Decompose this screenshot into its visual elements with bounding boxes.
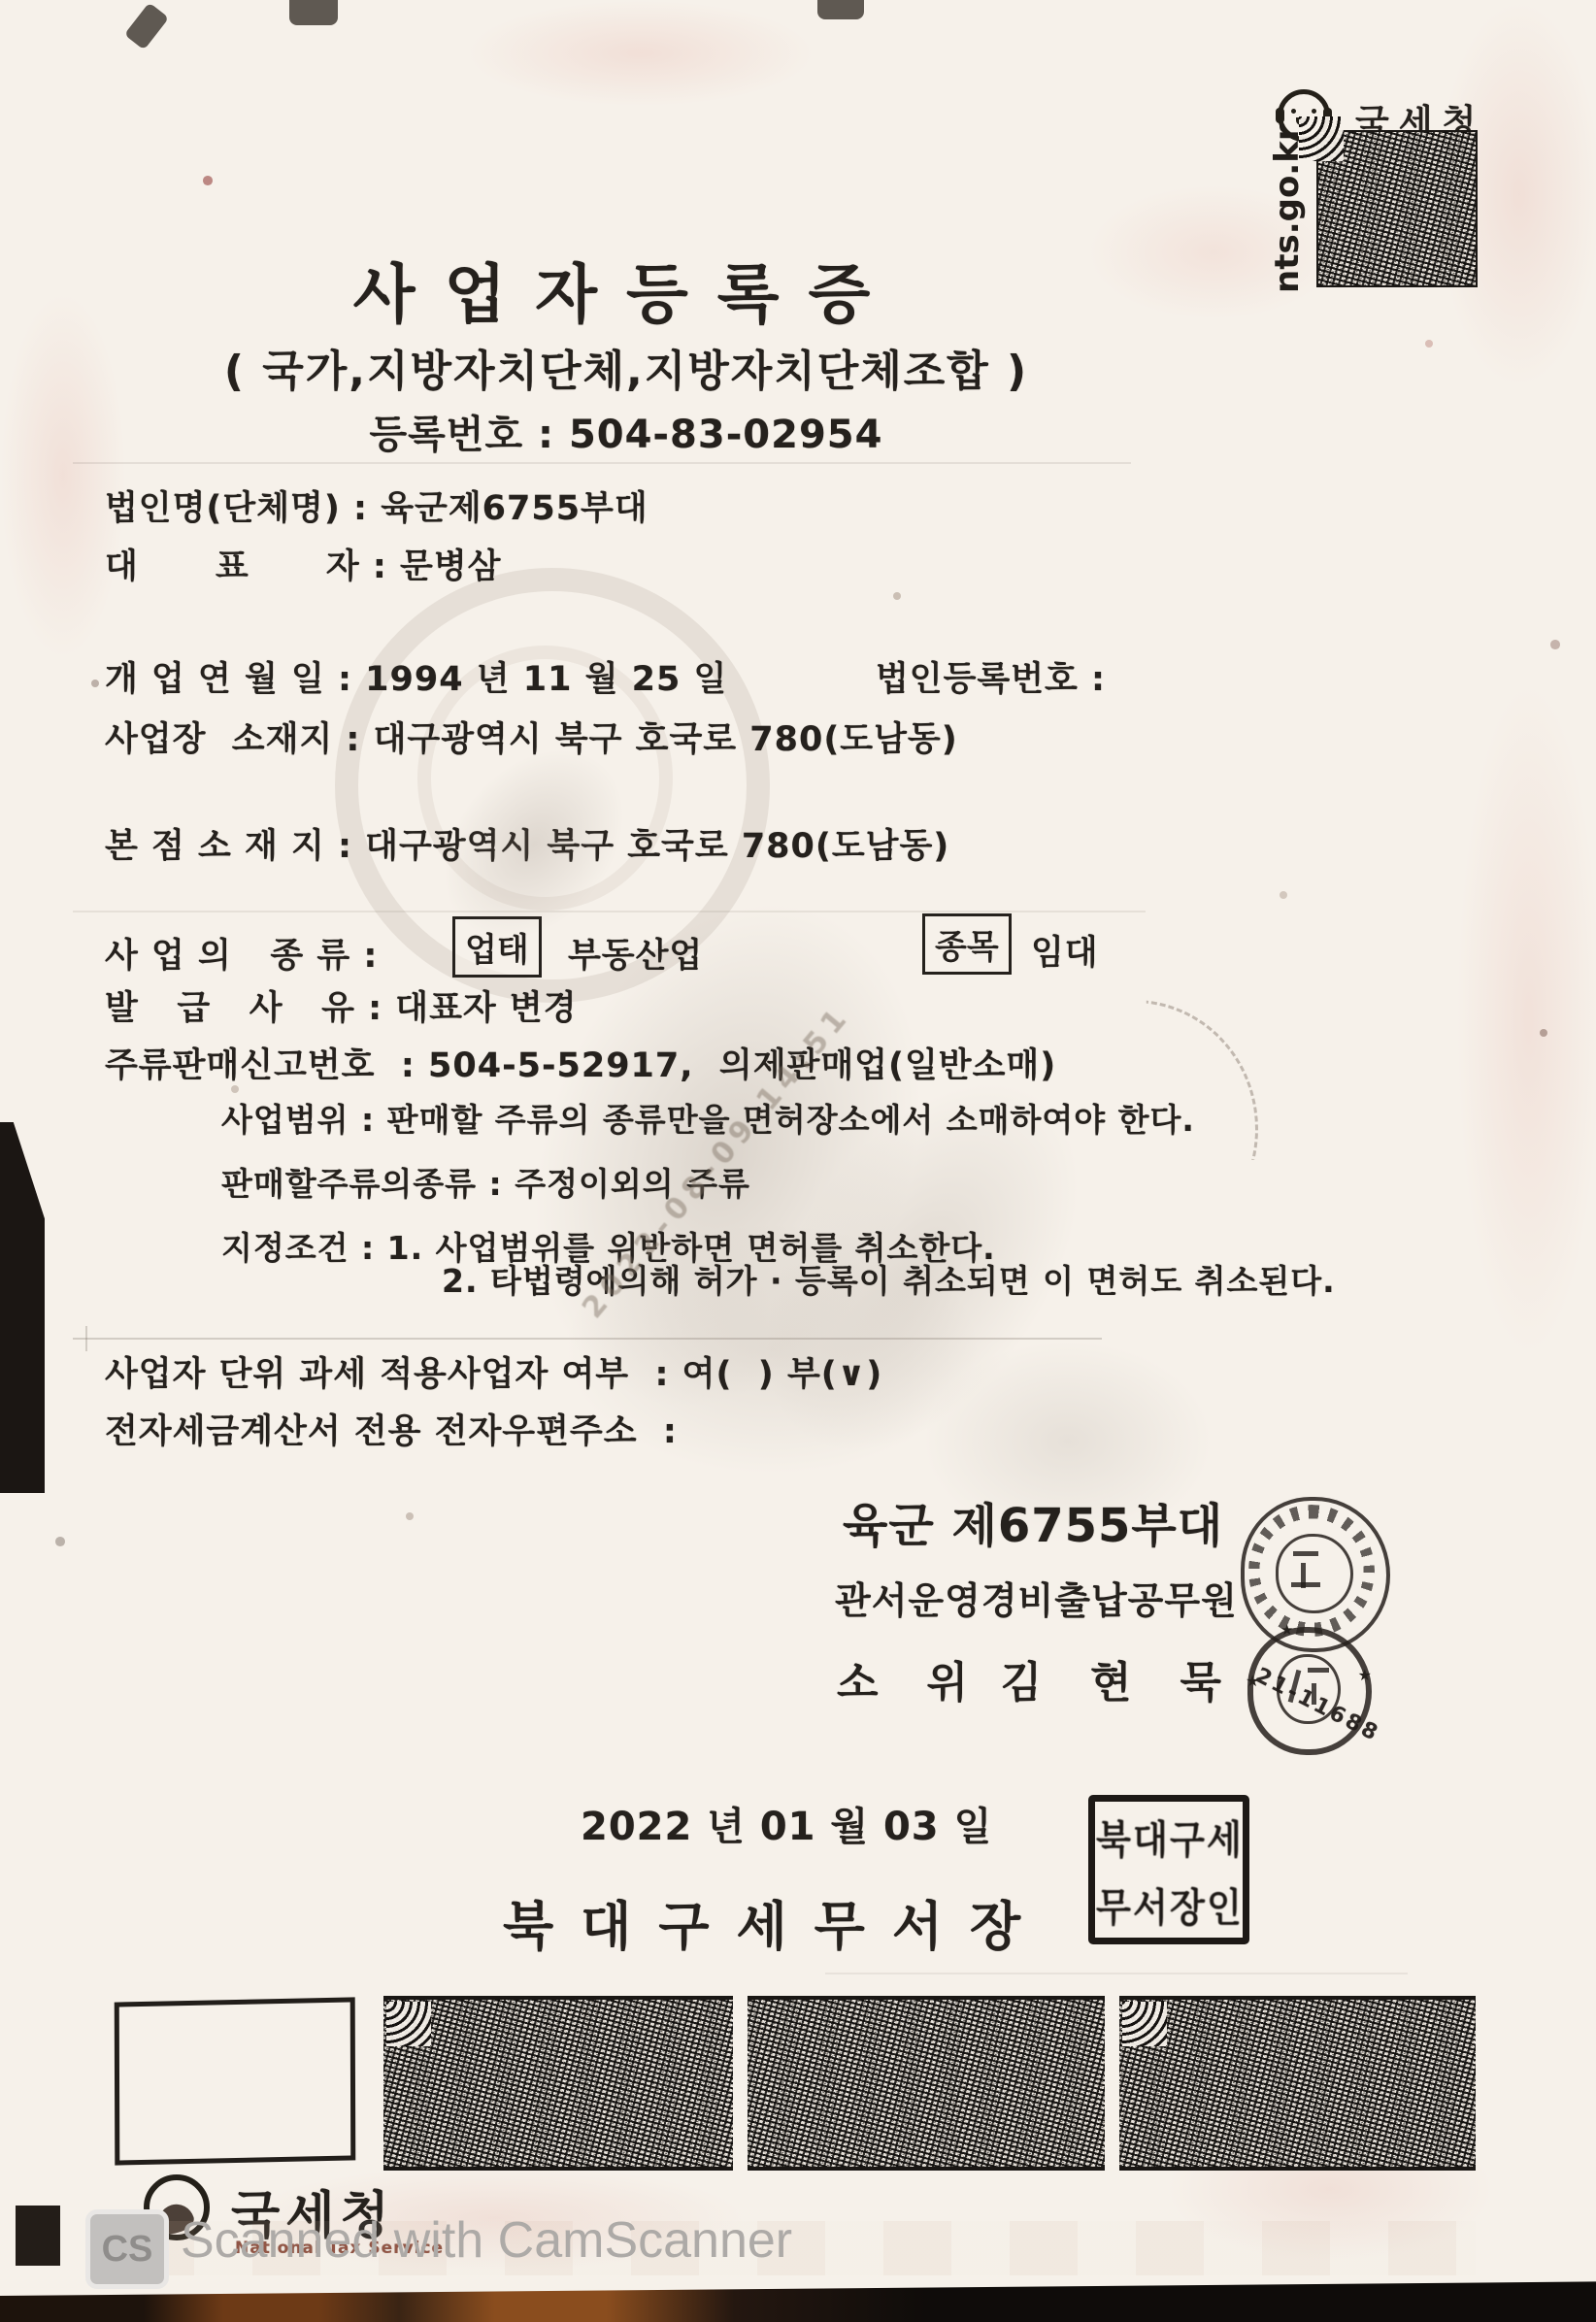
signature-rank-name: 소 위 김 현 묵 bbox=[837, 1647, 1222, 1709]
fold-crease-tick bbox=[85, 1326, 87, 1351]
field-business-address: 사업장 소재지 : 대구광역시 북구 호국로 780(도남동) bbox=[105, 713, 958, 761]
signature-org: 육군 제6755부대 bbox=[843, 1488, 1223, 1555]
field-conditions-2: 2. 타법령에의해 허가 · 등록이 취소되면 이 면허도 취소된다. bbox=[442, 1256, 1336, 1302]
round-stamp-numbered: 21-11688 ★ ★ ★ bbox=[1247, 1627, 1372, 1755]
field-open-date: 개 업 연 월 일 : 1994 년 11 월 25 일 bbox=[105, 652, 727, 701]
signature-dept: 관서운영경비출납공무원 bbox=[835, 1571, 1238, 1624]
scan-edge-bar bbox=[16, 2206, 60, 2266]
field-liquor-license: 주류판매신고번호 : 504-5-52917, 의제판매업(일반소매) bbox=[105, 1039, 1056, 1087]
jongmok-value: 임대 bbox=[1031, 926, 1099, 975]
seal-char: 인 bbox=[1202, 1860, 1247, 1948]
camscanner-caption: Scanned with CamScanner bbox=[181, 2211, 792, 2270]
jongmok-tag-box: 종목 bbox=[922, 913, 1012, 975]
qr-corner-arcs bbox=[1299, 116, 1344, 161]
field-corp-reg-no-label: 법인등록번호 : bbox=[876, 652, 1106, 701]
stamp-glyph-stroke bbox=[1293, 1551, 1318, 1556]
field-issue-reason: 발 급 사 유 : 대표자 변경 bbox=[105, 981, 578, 1030]
page-edge-shadow bbox=[0, 1122, 45, 1493]
stamp-glyph-stroke bbox=[1291, 1582, 1320, 1587]
fold-crease bbox=[73, 462, 1131, 464]
stamp-inner-ring bbox=[1276, 1534, 1353, 1613]
camscanner-badge-text: CS bbox=[102, 2229, 153, 2271]
stamp-glyph-stroke bbox=[1308, 1668, 1329, 1673]
barcode-corner-arcs bbox=[386, 2002, 431, 2046]
official-square-seal: 북 대 구 세 무 서 장 인 bbox=[1088, 1795, 1249, 1944]
mascot-eye bbox=[1312, 109, 1316, 114]
stamp-star: ★ bbox=[1358, 1666, 1372, 1684]
photo-edge-strip bbox=[0, 2272, 1596, 2322]
field-einvoice-email: 전자세금계산서 전용 전자우편주소 : bbox=[105, 1405, 678, 1453]
field-business-scope: 사업범위 : 판매할 주류의 종류만을 면허장소에서 소매하여야 한다. bbox=[221, 1095, 1195, 1141]
paper-stain bbox=[1456, 680, 1596, 1359]
uptae-tag-box: 업태 bbox=[452, 916, 542, 978]
fold-crease bbox=[73, 1338, 1102, 1340]
stamp-star: ★ bbox=[1246, 1672, 1259, 1690]
scan-artifact bbox=[289, 0, 338, 25]
stamp-star: ★ bbox=[1280, 1621, 1293, 1639]
paper-stain bbox=[466, 0, 815, 107]
barcode-2d-block-3 bbox=[1119, 1996, 1476, 2171]
headphone-left bbox=[1276, 108, 1284, 123]
issuer-name: 북대구세무서장 bbox=[503, 1885, 1047, 1960]
field-representative: 대 표 자 : 문병삼 bbox=[105, 540, 501, 588]
bleedthrough-circle bbox=[335, 568, 770, 1003]
fold-crease bbox=[73, 911, 1146, 912]
barcode-2d-block-1 bbox=[383, 1996, 733, 2171]
barcode-2d-block-2 bbox=[748, 1996, 1105, 2171]
scan-artifact bbox=[817, 0, 864, 19]
certificate-subtitle: ( 국가,지방자치단체,지방자치단체조합 ) bbox=[73, 336, 1180, 398]
barcode-corner-arcs bbox=[1122, 2002, 1167, 2046]
registration-number: 등록번호 : 504-83-02954 bbox=[73, 404, 1180, 459]
uptae-value: 부동산업 bbox=[568, 929, 703, 978]
dust-speckles bbox=[0, 0, 4, 4]
field-business-type-label: 사 업 의 종 류 : bbox=[105, 929, 378, 978]
scanned-business-registration-certificate: 국세청 nts.go.kr 사업자등록증 ( 국가,지방자치단체,지방자치단체조… bbox=[0, 0, 1596, 2322]
field-unit-taxation: 사업자 단위 과세 적용사업자 여부 : 여( ) 부(∨) bbox=[105, 1347, 882, 1396]
empty-frame-box bbox=[115, 1997, 356, 2165]
field-hq-address: 본 점 소 재 지 : 대구광역시 북구 호국로 780(도남동) bbox=[105, 819, 949, 868]
scan-artifact bbox=[124, 2, 169, 50]
camscanner-badge: CS bbox=[85, 2209, 169, 2289]
certificate-title: 사업자등록증 bbox=[73, 243, 1180, 335]
field-corp-name: 법인명(단체명) : 육군제6755부대 bbox=[105, 481, 648, 530]
issue-date: 2022 년 01 월 03 일 bbox=[581, 1796, 992, 1851]
mascot-eye bbox=[1291, 109, 1296, 114]
fold-crease bbox=[825, 1973, 1408, 1974]
